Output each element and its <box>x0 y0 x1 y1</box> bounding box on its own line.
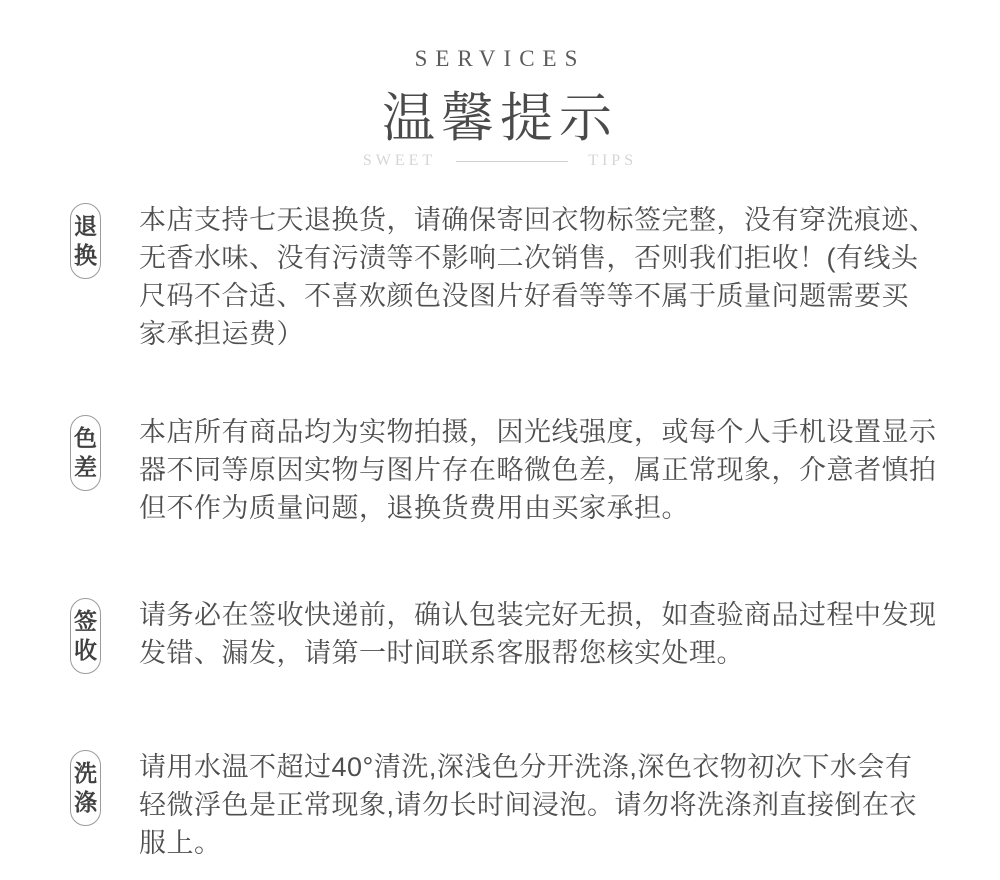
page-title: 温馨提示 <box>0 90 1000 148</box>
subtitle-right-label: TIPS <box>588 152 637 170</box>
section-badge: 签 收 <box>70 598 101 674</box>
section-text: 请用水温不超过40°清洗,深浅色分开洗涤,深色衣物初次下水会有 轻微浮色是正常现… <box>139 748 950 862</box>
section-badge: 洗 涤 <box>70 750 101 826</box>
tip-sections: 退 换本店支持七天退换货，请确保寄回衣物标签完整，没有穿洗痕迹、 无香水味、没有… <box>0 201 1000 862</box>
subtitle-left-label: SWEET <box>363 152 436 170</box>
section-text: 本店所有商品均为实物拍摄，因光线强度，或每个人手机设置显示 器不同等原因实物与图… <box>139 413 950 527</box>
tip-section-1: 退 换本店支持七天退换货，请确保寄回衣物标签完整，没有穿洗痕迹、 无香水味、没有… <box>0 201 1000 353</box>
divider-line <box>456 161 568 162</box>
tips-page: SERVICES 温馨提示 SWEET TIPS 退 换本店支持七天退换货，请确… <box>0 0 1000 880</box>
services-label: SERVICES <box>0 46 1000 72</box>
tip-section-4: 洗 涤请用水温不超过40°清洗,深浅色分开洗涤,深色衣物初次下水会有 轻微浮色是… <box>0 748 1000 862</box>
subtitle-row: SWEET TIPS <box>0 152 1000 170</box>
section-text: 本店支持七天退换货，请确保寄回衣物标签完整，没有穿洗痕迹、 无香水味、没有污渍等… <box>139 201 950 353</box>
section-badge: 退 换 <box>70 203 101 279</box>
page-header: SERVICES 温馨提示 SWEET TIPS <box>0 0 1000 170</box>
section-text: 请务必在签收快递前，确认包装完好无损，如查验商品过程中发现 发错、漏发，请第一时… <box>139 596 950 672</box>
section-badge: 色 差 <box>70 415 101 491</box>
tip-section-2: 色 差本店所有商品均为实物拍摄，因光线强度，或每个人手机设置显示 器不同等原因实… <box>0 413 1000 527</box>
tip-section-3: 签 收请务必在签收快递前，确认包装完好无损，如查验商品过程中发现 发错、漏发，请… <box>0 596 1000 674</box>
